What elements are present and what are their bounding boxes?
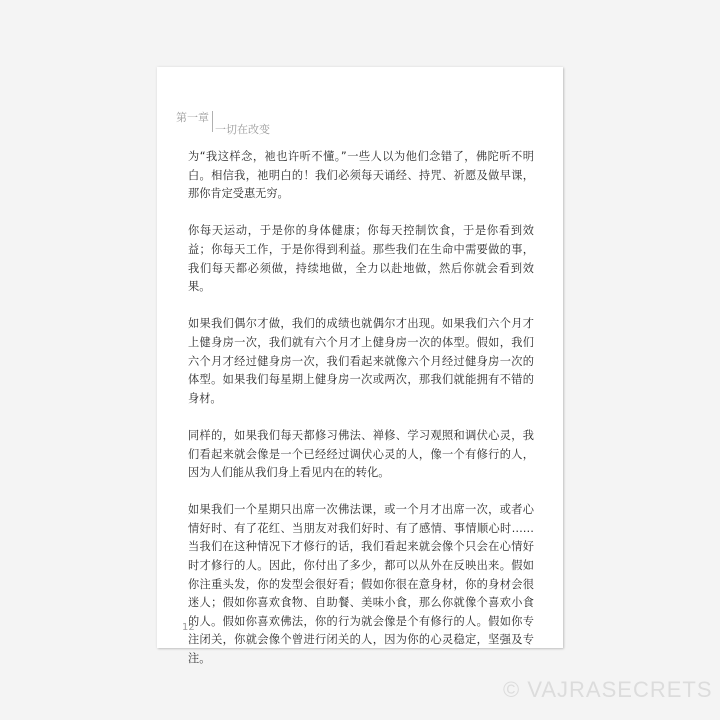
page-number: 12 <box>182 622 195 633</box>
chapter-number: 第一章 <box>176 109 209 125</box>
chapter-divider <box>212 111 213 132</box>
book-page: 第一章 一切在改变 为“我这样念，祂也许听不懂。”一些人以为他们念错了，佛陀听不… <box>157 67 563 648</box>
paragraph: 同样的，如果我们每天都修习佛法、禅修、学习观照和调伏心灵，我们看起来就会像是一个… <box>188 427 534 483</box>
paragraph: 为“我这样念，祂也许听不懂。”一些人以为他们念错了，佛陀听不明白。相信我，祂明白… <box>188 148 534 204</box>
paragraph: 你每天运动，于是你的身体健康；你每天控制饮食，于是你看到效益；你每天工作，于是你… <box>188 222 534 296</box>
watermark: © VAJRASECRETS <box>503 677 713 703</box>
chapter-title: 一切在改变 <box>215 121 270 137</box>
page-body: 为“我这样念，祂也许听不懂。”一些人以为他们念错了，佛陀听不明白。相信我，祂明白… <box>188 148 534 687</box>
paragraph: 如果我们偶尔才做，我们的成绩也就偶尔才出现。如果我们六个月才上健身房一次，我们就… <box>188 315 534 408</box>
paragraph: 如果我们一个星期只出席一次佛法课，或一个月才出席一次，或者心情好时、有了花红、当… <box>188 501 534 668</box>
